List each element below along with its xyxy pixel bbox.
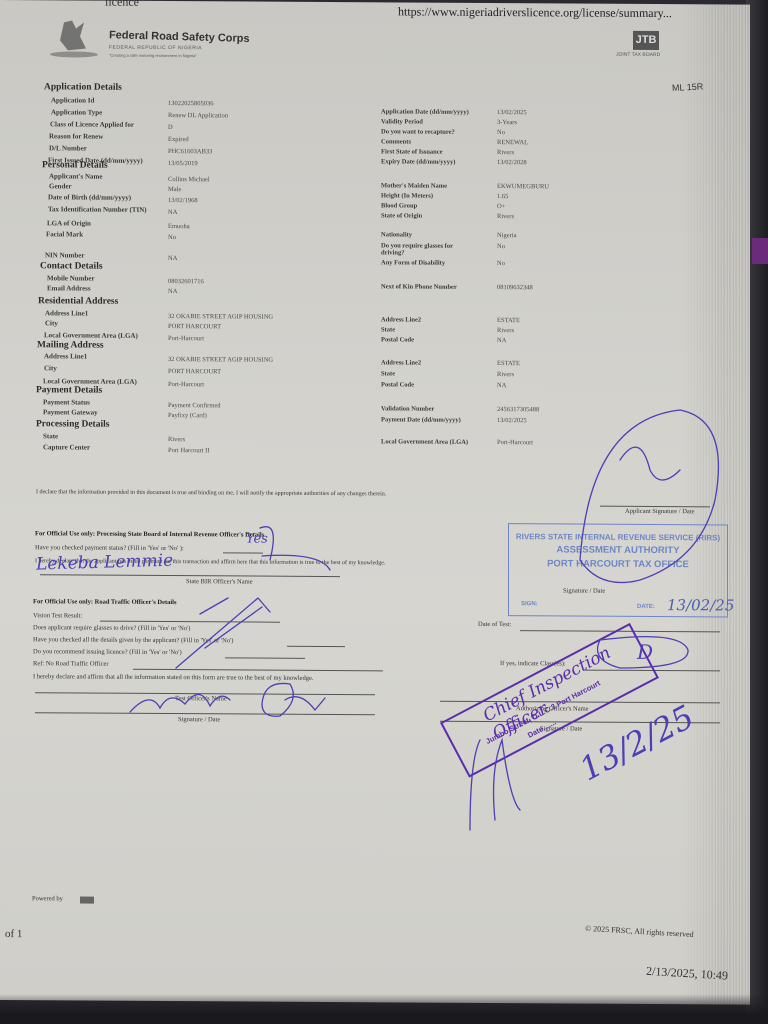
field-label: Application Type bbox=[51, 108, 102, 116]
field-value: Payfixy (Card) bbox=[168, 412, 207, 419]
field-value: 1.65 bbox=[497, 193, 508, 200]
field-value: 32 OKABIE STREET AGIP HOUSING bbox=[168, 313, 273, 321]
field-value: Emuoha bbox=[168, 223, 190, 230]
field-label: State bbox=[43, 432, 58, 440]
field-value: PORT HARCOURT bbox=[168, 368, 221, 375]
field-value: 32 OKABIE STREET AGIP HOUSING bbox=[168, 356, 273, 364]
field-value: Rivers bbox=[497, 149, 514, 156]
field-label: Reason for Renew bbox=[49, 132, 103, 140]
field-label: Application Id bbox=[51, 96, 94, 104]
field-label: Comments bbox=[381, 138, 411, 145]
declaration-text: I declare that the information provided … bbox=[36, 489, 386, 497]
field-label: Next of Kin Phone Number bbox=[381, 283, 457, 290]
field-label: State of Origin bbox=[381, 212, 422, 219]
field-value: PHC61603AB33 bbox=[168, 148, 212, 155]
handwritten-answer: Yes bbox=[246, 532, 268, 547]
field-value: NA bbox=[168, 255, 177, 262]
field-value: 13/02/2025 bbox=[497, 109, 527, 116]
field-value: NA bbox=[168, 209, 177, 216]
field-value: Port-Harcourt bbox=[168, 381, 204, 388]
field-value: NA bbox=[497, 382, 506, 389]
jtb-logo: JTB bbox=[633, 31, 659, 50]
field-label: Do you want to recapture? bbox=[381, 128, 455, 135]
field-value: 08032601716 bbox=[168, 278, 204, 285]
field-value: Payment Confirmed bbox=[168, 402, 221, 409]
field-label: Validity Period bbox=[381, 118, 423, 125]
org-name: Federal Road Safety Corps bbox=[109, 29, 250, 45]
date-of-test-label: Date of Test: bbox=[478, 621, 511, 628]
field-value: NA bbox=[168, 288, 177, 295]
org-motto: "Creating a safe motoring environment in… bbox=[109, 53, 197, 59]
field-label: Postal Code bbox=[381, 336, 414, 343]
form-code: ML 15R bbox=[672, 81, 704, 92]
answer-line bbox=[287, 646, 345, 647]
field-label: State bbox=[381, 370, 395, 377]
field-value: ESTATE bbox=[497, 317, 520, 324]
section-title-residential: Residential Address bbox=[38, 296, 118, 306]
rto-checked-question: Have you checked all the details given b… bbox=[33, 636, 233, 644]
browser-page-title: licence bbox=[105, 0, 139, 10]
answer-line bbox=[223, 552, 263, 553]
rto-ref-question: Ref: No Road Traffic Officer bbox=[33, 660, 109, 667]
field-label: Validation Number bbox=[381, 405, 434, 412]
field-label: Application Date (dd/mm/yyyy) bbox=[381, 108, 469, 116]
field-value: Male bbox=[168, 186, 181, 193]
field-value: EKWUMEGBURU bbox=[497, 183, 549, 190]
field-label: Date of Birth (dd/mm/yyyy) bbox=[48, 193, 131, 202]
field-value: No bbox=[497, 129, 505, 136]
applicant-signature-caption: Applicant Signature / Date bbox=[625, 508, 695, 515]
rto-vision-question: Vision Test Result: bbox=[33, 612, 82, 619]
field-label: Payment Gateway bbox=[43, 408, 98, 416]
field-value: 3-Years bbox=[497, 119, 517, 126]
field-value: Collins Michael bbox=[168, 176, 210, 183]
field-value: Port-Harcourt bbox=[497, 439, 533, 446]
section-title-contact: Contact Details bbox=[40, 261, 103, 271]
field-label: Mother's Maiden Name bbox=[381, 182, 447, 189]
field-label: City bbox=[44, 364, 57, 372]
field-value: O+ bbox=[497, 203, 505, 210]
field-label: Capture Center bbox=[43, 443, 90, 451]
field-label: Local Government Area (LGA) bbox=[44, 331, 138, 340]
field-label: Blood Group bbox=[381, 202, 417, 209]
field-label: Class of Licence Applied for bbox=[50, 120, 134, 129]
field-value: 13/05/2019 bbox=[168, 160, 198, 167]
rto-declaration: I hereby declare and affirm that all the… bbox=[33, 673, 314, 682]
field-value: 2456317305488 bbox=[497, 406, 539, 413]
field-label: Gender bbox=[49, 182, 72, 190]
field-label: State bbox=[381, 326, 395, 333]
page-indicator: of 1 bbox=[5, 928, 22, 940]
field-label: Payment Status bbox=[43, 398, 90, 406]
field-value: PORT HARCOURT bbox=[168, 323, 221, 330]
jtb-caption: JOINT TAX BOARD bbox=[616, 52, 660, 58]
section-title-personal: Personal Details bbox=[42, 160, 108, 170]
birs-officer-caption: State BIR Officer's Name bbox=[186, 578, 253, 585]
coat-of-arms-icon bbox=[46, 18, 106, 58]
field-value: Rivers bbox=[497, 327, 514, 334]
field-value: Port-Harcourt bbox=[168, 335, 204, 342]
field-label: Address Line2 bbox=[381, 316, 421, 323]
field-label: D/L Number bbox=[49, 144, 87, 152]
field-value: Renew DL Application bbox=[168, 112, 228, 119]
field-value: ESTATE bbox=[497, 360, 520, 367]
field-label: Email Address bbox=[47, 284, 91, 292]
copyright-text: © 2025 FRSC, All rights reserved bbox=[585, 924, 694, 939]
field-value: 13/02/1968 bbox=[168, 197, 198, 204]
field-label: Mobile Number bbox=[47, 274, 95, 282]
field-label: NIN Number bbox=[45, 251, 84, 259]
rto-glasses-question: Does applicant require glasses to drive?… bbox=[33, 624, 190, 632]
section-title-mailing: Mailing Address bbox=[37, 340, 104, 350]
section-title-application: Application Details bbox=[44, 82, 122, 92]
powered-by-label: Powered by bbox=[32, 895, 63, 902]
browser-url: https://www.nigeriadriverslicence.org/li… bbox=[398, 4, 672, 21]
field-value: 08109632348 bbox=[497, 284, 533, 291]
section-title-payment: Payment Details bbox=[36, 385, 102, 395]
field-value: RENEWAL bbox=[497, 139, 528, 146]
org-subtitle: FEDERAL REPUBLIC OF NIGERIA bbox=[109, 45, 202, 52]
rto-recommend-question: Do you recommend issuing licence? (Fill … bbox=[33, 648, 182, 656]
answer-line bbox=[133, 669, 383, 672]
signature-line bbox=[35, 712, 375, 715]
field-label: Applicant's Name bbox=[49, 172, 102, 180]
birs-signature-caption: Signature / Date bbox=[563, 587, 605, 594]
field-label: Tax Identification Number (TIN) bbox=[48, 205, 158, 214]
rirs-stamp: RIVERS STATE INTERNAL REVENUE SERVICE (R… bbox=[508, 523, 728, 617]
background-object bbox=[752, 238, 768, 264]
field-label: Facial Mark bbox=[46, 230, 83, 238]
photo-shadow bbox=[0, 994, 768, 1024]
field-label: First State of Issuance bbox=[381, 148, 443, 155]
field-value: NA bbox=[497, 337, 506, 344]
field-label: Any Form of Disability bbox=[381, 259, 445, 266]
field-label: Address Line2 bbox=[381, 359, 421, 366]
field-value: Rivers bbox=[497, 213, 514, 220]
field-label: Nationality bbox=[381, 231, 412, 238]
field-label: Local Government Area (LGA) bbox=[381, 438, 468, 446]
field-value: No bbox=[497, 260, 505, 267]
field-value: 13/02/2028 bbox=[497, 159, 527, 166]
handwritten-officer-name: Lekeba Lemmie bbox=[36, 551, 174, 575]
field-value: 13/02/2025 bbox=[497, 417, 527, 424]
field-label: Address Line1 bbox=[44, 352, 87, 360]
field-value: No bbox=[168, 234, 176, 241]
officer-name-line bbox=[40, 574, 340, 577]
field-value: Nigeria bbox=[497, 232, 517, 239]
vendor-logo-icon bbox=[80, 896, 94, 903]
field-value: No bbox=[497, 243, 505, 250]
field-label: Payment Date (dd/mm/yyyy) bbox=[381, 416, 461, 423]
field-value: D bbox=[168, 124, 173, 131]
section-title-processing: Processing Details bbox=[36, 419, 109, 429]
answer-line bbox=[100, 621, 280, 623]
test-officer-caption: Test Officer's Name bbox=[175, 695, 227, 702]
field-label: City bbox=[45, 319, 58, 327]
rto-section-title: For Official Use only: Road Traffic Offi… bbox=[33, 598, 177, 606]
field-value: Rivers bbox=[497, 371, 514, 378]
field-value: Expired bbox=[168, 136, 189, 143]
rto-signature-caption: Signature / Date bbox=[178, 716, 220, 723]
field-label: Expiry Date (dd/mm/yyyy) bbox=[381, 158, 455, 165]
field-value: Port Harcourt II bbox=[168, 447, 210, 454]
field-label: LGA of Origin bbox=[47, 219, 91, 227]
field-label: Height (In Meters) bbox=[381, 192, 433, 199]
toner-smudge bbox=[680, 4, 750, 1004]
field-label: Address Line1 bbox=[45, 309, 88, 317]
field-value: 13022025805036 bbox=[168, 100, 214, 107]
answer-line bbox=[225, 657, 305, 658]
field-label: Postal Code bbox=[381, 381, 414, 388]
printed-document: licence https://www.nigeriadriverslicenc… bbox=[0, 0, 750, 1005]
field-value: Rivers bbox=[168, 436, 185, 443]
birs-section-title: For Official Use only: Processing State … bbox=[35, 530, 264, 538]
field-label: Do you require glasses for driving? bbox=[381, 242, 476, 257]
